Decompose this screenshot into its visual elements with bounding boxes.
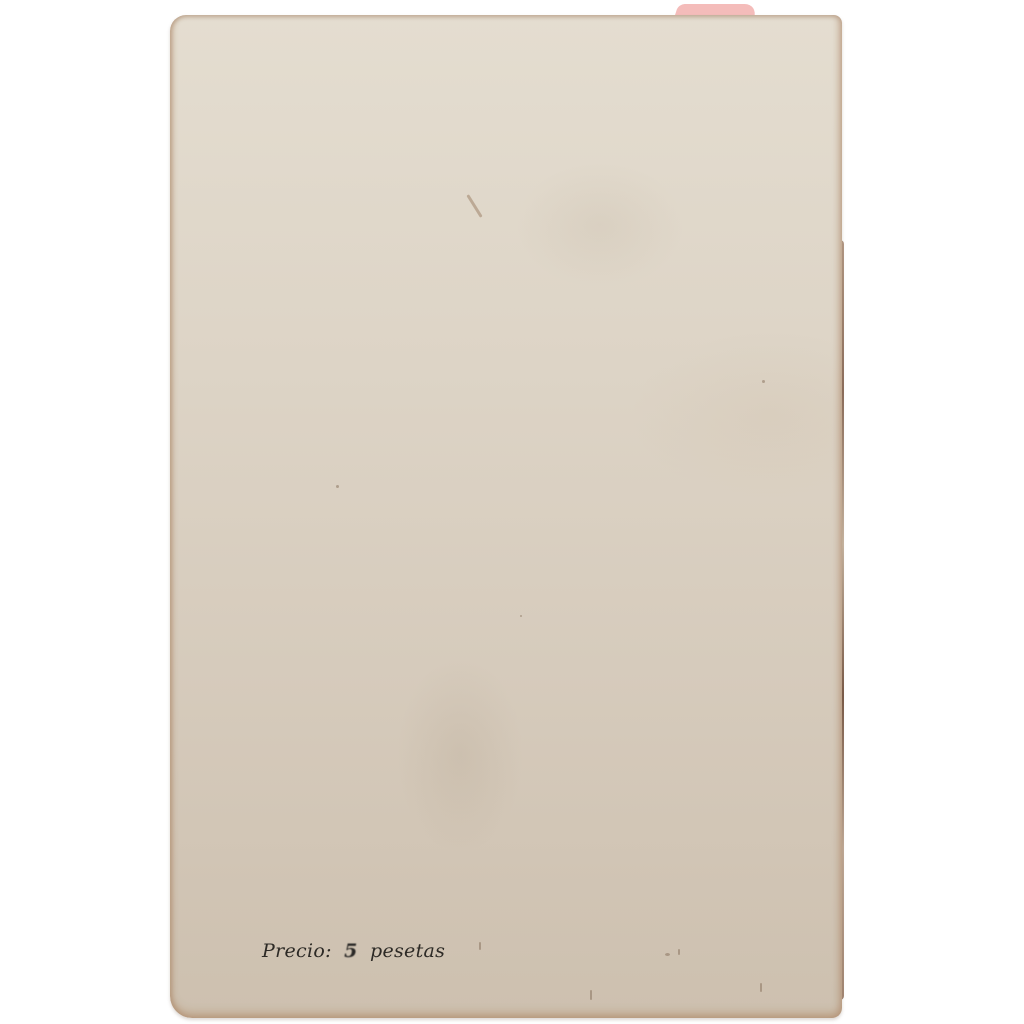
- price-line: Precio: 5 pesetas: [262, 940, 445, 962]
- price-currency: pesetas: [370, 940, 445, 962]
- foxing-speck: [762, 380, 765, 383]
- photo-scene: Precio: 5 pesetas: [0, 0, 1024, 1024]
- foxing-speck: [336, 485, 339, 488]
- foxing-speck: [678, 949, 680, 955]
- foxing-speck: [760, 983, 762, 992]
- paper-stain-streak: [466, 194, 482, 218]
- price-label: Precio:: [262, 940, 332, 962]
- back-cover: Precio: 5 pesetas: [170, 15, 842, 1018]
- price-amount: 5: [344, 940, 358, 962]
- foxing-speck: [520, 615, 522, 617]
- foxing-speck: [665, 953, 670, 956]
- foxing-speck: [479, 942, 481, 950]
- foxing-speck: [590, 990, 592, 1000]
